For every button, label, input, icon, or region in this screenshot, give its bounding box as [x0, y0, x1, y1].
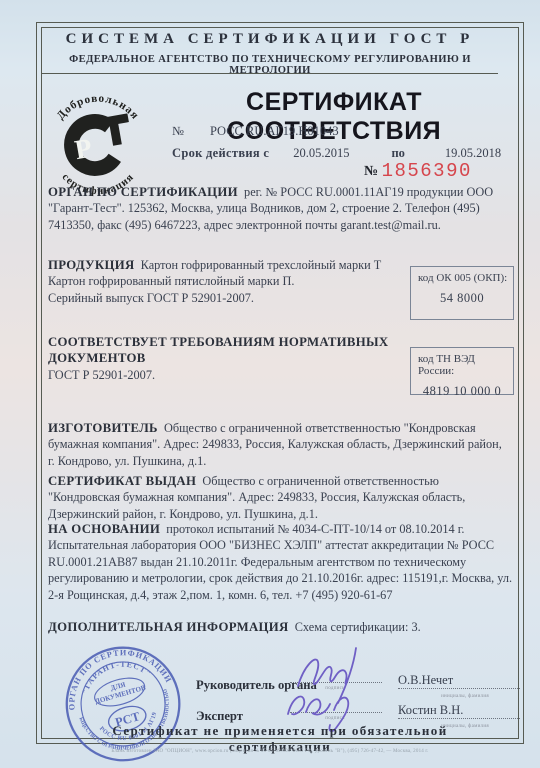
number-sign: № — [172, 124, 184, 138]
validity-label: Срок действия с — [172, 146, 269, 160]
okp-code-box: код ОК 005 (ОКП): 54 8000 — [410, 266, 514, 320]
svg-text:ОРГАН ПО СЕРТИФИКАЦИИ: ОРГАН ПО СЕРТИФИКАЦИИ — [60, 641, 174, 712]
certification-body-label: ОРГАН ПО СЕРТИФИКАЦИИ — [48, 185, 238, 199]
stamp-ring-top-text: ОРГАН ПО СЕРТИФИКАЦИИ — [60, 641, 174, 712]
issued-to-label: СЕРТИФИКАТ ВЫДАН — [48, 474, 196, 488]
expert-role-label: Эксперт — [196, 709, 243, 724]
blank-serial-number: 1856390 — [382, 160, 472, 182]
certification-body-section: ОРГАН ПО СЕРТИФИКАЦИИ рег. № РОСС RU.000… — [48, 184, 510, 233]
conformity-label: СООТВЕТСТВУЕТ ТРЕБОВАНИЯМ НОРМАТИВНЫХ ДО… — [48, 335, 388, 365]
basis-section: НА ОСНОВАНИИ протокол испытаний № 4034-С… — [48, 521, 516, 603]
issued-to-section: СЕРТИФИКАТ ВЫДАН Общество с ограниченной… — [48, 473, 510, 522]
valid-to-date: 19.05.2018 — [445, 146, 501, 160]
rst-voluntary-certification-logo-icon: Добровольная сертификация Р — [38, 88, 156, 198]
additional-info-text: Схема сертификации: 3. — [295, 620, 421, 634]
conformity-section: СООТВЕТСТВУЕТ ТРЕБОВАНИЯМ НОРМАТИВНЫХ ДО… — [48, 334, 428, 383]
product-label: ПРОДУКЦИЯ — [48, 258, 135, 272]
additional-info-section: ДОПОЛНИТЕЛЬНАЯ ИНФОРМАЦИЯ Схема сертифик… — [48, 619, 510, 635]
tnved-code-box: код ТН ВЭД России: 4819 10 000 0 — [410, 347, 514, 395]
manufacturer-label: ИЗГОТОВИТЕЛЬ — [48, 421, 158, 435]
product-release-text: Серийный выпуск ГОСТ Р 52901-2007. — [48, 290, 416, 306]
okp-code-label: код ОК 005 (ОКП): — [411, 267, 513, 284]
expert-name: Костин В.Н. — [398, 703, 520, 719]
okp-code-value: 54 8000 — [411, 291, 513, 306]
basis-label: НА ОСНОВАНИИ — [48, 522, 160, 536]
product-section: ПРОДУКЦИЯ Картон гофрированный трехслойн… — [48, 257, 416, 306]
validity-to-label: по — [391, 146, 404, 160]
header-divider — [41, 73, 498, 74]
additional-info-label: ДОПОЛНИТЕЛЬНАЯ ИНФОРМАЦИЯ — [48, 620, 289, 634]
validity-row: Срок действия с20.05.2015по19.05.2018 — [172, 146, 501, 161]
blank-serial-row: № 1856390 — [364, 160, 472, 182]
head-name: О.В.Нечет — [398, 673, 520, 689]
registration-number-row: №РОСС RU.АГ19.Н01043 — [172, 124, 339, 139]
valid-from-date: 20.05.2015 — [293, 146, 349, 160]
conformity-text: ГОСТ Р 52901-2007. — [48, 367, 428, 383]
tnved-code-value: 4819 10 000 0 — [411, 384, 513, 399]
certificate-page: СИСТЕМА СЕРТИФИКАЦИИ ГОСТ Р ФЕДЕРАЛЬНОЕ … — [0, 0, 540, 768]
manufacturer-section: ИЗГОТОВИТЕЛЬ Общество с ограниченной отв… — [48, 420, 510, 469]
registration-number: РОСС RU.АГ19.Н01043 — [210, 124, 339, 138]
head-name-caption: инициалы, фамилия — [410, 694, 520, 699]
system-title: СИСТЕМА СЕРТИФИКАЦИИ ГОСТ Р — [42, 31, 498, 48]
serial-number-sign: № — [364, 164, 378, 179]
blank-printer-info: Бланк изготовлен ЗАО "ОПЦИОН", www.opcio… — [40, 749, 500, 754]
tnved-code-label: код ТН ВЭД России: — [411, 348, 513, 377]
